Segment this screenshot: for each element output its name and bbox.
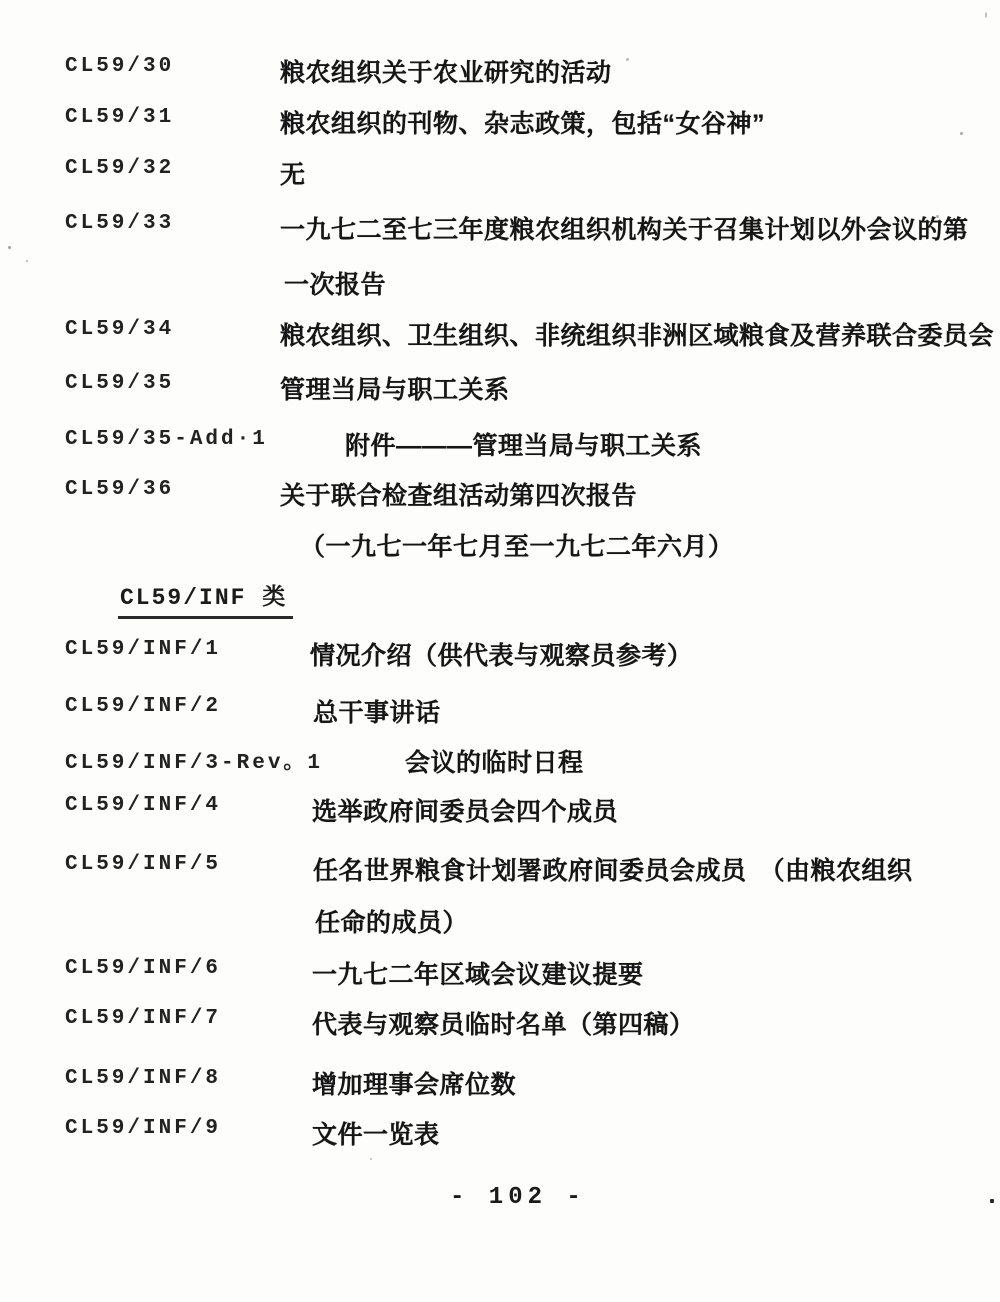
- document-code: CL59/35: [65, 372, 174, 395]
- document-entry-row: CL59/INF/3-Rev。1 会议的临时日程: [0, 743, 1000, 777]
- document-code: CL59/31: [65, 106, 174, 129]
- document-title: 一九七二至七三年度粮农组织机构关于召集计划以外会议的第: [280, 210, 969, 246]
- document-title: 粮农组织关于农业研究的活动: [280, 53, 612, 89]
- document-title: 无: [280, 155, 306, 191]
- section-heading: CL59/INF 类: [118, 578, 293, 619]
- page-number: - 102 -: [450, 1184, 586, 1211]
- document-code: CL59/30: [65, 55, 174, 78]
- document-title: 增加理事会席位数: [312, 1065, 516, 1101]
- document-title: 粮农组织的刊物、杂志政策，包括“女谷神”: [280, 104, 765, 140]
- document-title: 任名世界粮食计划署政府间委员会成员 （由粮农组织: [313, 851, 913, 887]
- document-code: CL59/INF/7: [65, 1007, 221, 1030]
- document-title: 会议的临时日程: [405, 743, 584, 779]
- document-code: CL59/INF/9: [65, 1117, 221, 1140]
- document-title: 一九七二年区域会议建议提要: [312, 955, 644, 991]
- document-entry-row: CL59/31 粮农组织的刊物、杂志政策，包括“女谷神”: [0, 104, 1000, 138]
- document-code: CL59/INF/3-Rev。1: [65, 745, 323, 775]
- document-code: CL59/33: [65, 212, 174, 235]
- document-title-continuation: 一次报告: [284, 265, 386, 301]
- document-entry-row: CL59/INF/8 增加理事会席位数: [0, 1065, 1000, 1099]
- document-entry-row: CL59/35 管理当局与职工关系: [0, 370, 1000, 404]
- scan-speck: [626, 58, 629, 61]
- document-entry-row: CL59/INF/1 情况介绍（供代表与观察员参考）: [0, 636, 1000, 670]
- document-title: 管理当局与职工关系: [280, 370, 510, 406]
- scan-speck: [26, 260, 28, 262]
- document-title: 粮农组织、卫生组织、非统组织非洲区域粮食及营养联合委员会: [280, 316, 994, 352]
- scan-speck: [936, 215, 939, 218]
- document-entry-row: CL59/INF/5 任名世界粮食计划署政府间委员会成员 （由粮农组织: [0, 851, 1000, 885]
- document-title: 文件一览表: [312, 1115, 440, 1151]
- document-title: 关于联合检查组活动第四次报告: [280, 476, 637, 512]
- document-code: CL59/34: [65, 318, 174, 341]
- document-entry-row: CL59/36 关于联合检查组活动第四次报告: [0, 476, 1000, 510]
- document-code: CL59/INF/5: [65, 853, 221, 876]
- document-entry-row: CL59/INF/7 代表与观察员临时名单（第四稿）: [0, 1005, 1000, 1039]
- document-entry-row: CL59/INF/2 总干事讲话: [0, 693, 1000, 727]
- scan-speck: [985, 12, 987, 18]
- document-entry-row: CL59/INF/6 一九七二年区域会议建议提要: [0, 955, 1000, 989]
- document-code: CL59/INF/6: [65, 957, 221, 980]
- document-title: 附件———管理当局与职工关系: [345, 426, 702, 462]
- document-code: CL59/36: [65, 478, 174, 501]
- document-title: 选举政府间委员会四个成员: [312, 792, 618, 828]
- scan-speck: [960, 132, 963, 135]
- document-title: 情况介绍（供代表与观察员参考）: [310, 636, 693, 672]
- document-entry-row: CL59/34 粮农组织、卫生组织、非统组织非洲区域粮食及营养联合委员会: [0, 316, 1000, 350]
- document-entry-row: CL59/35-Add·1 附件———管理当局与职工关系: [0, 426, 1000, 460]
- scan-speck: [8, 246, 11, 249]
- scanned-document-page: CL59/30 粮农组织关于农业研究的活动 CL59/31 粮农组织的刊物、杂志…: [0, 0, 1000, 1302]
- document-entry-row: CL59/30 粮农组织关于农业研究的活动: [0, 53, 1000, 87]
- document-entry-row: CL59/33 一九七二至七三年度粮农组织机构关于召集计划以外会议的第: [0, 210, 1000, 244]
- document-code: CL59/INF/2: [65, 695, 221, 718]
- document-entry-row: CL59/INF/9 文件一览表: [0, 1115, 1000, 1149]
- document-code: CL59/INF/8: [65, 1067, 221, 1090]
- document-code: CL59/INF/1: [65, 638, 221, 661]
- scan-speck: [990, 1199, 994, 1203]
- document-title-continuation: （一九七一年七月至一九七二年六月）: [300, 527, 734, 563]
- scan-speck: [370, 1158, 372, 1160]
- document-code: CL59/35-Add·1: [65, 428, 268, 451]
- document-title-continuation: 任命的成员）: [315, 903, 468, 939]
- document-title: 总干事讲话: [313, 693, 441, 729]
- document-entry-row: CL59/32 无: [0, 155, 1000, 189]
- document-entry-row: CL59/INF/4 选举政府间委员会四个成员: [0, 792, 1000, 826]
- document-code: CL59/32: [65, 157, 174, 180]
- document-title: 代表与观察员临时名单（第四稿）: [312, 1005, 695, 1041]
- document-code: CL59/INF/4: [65, 794, 221, 817]
